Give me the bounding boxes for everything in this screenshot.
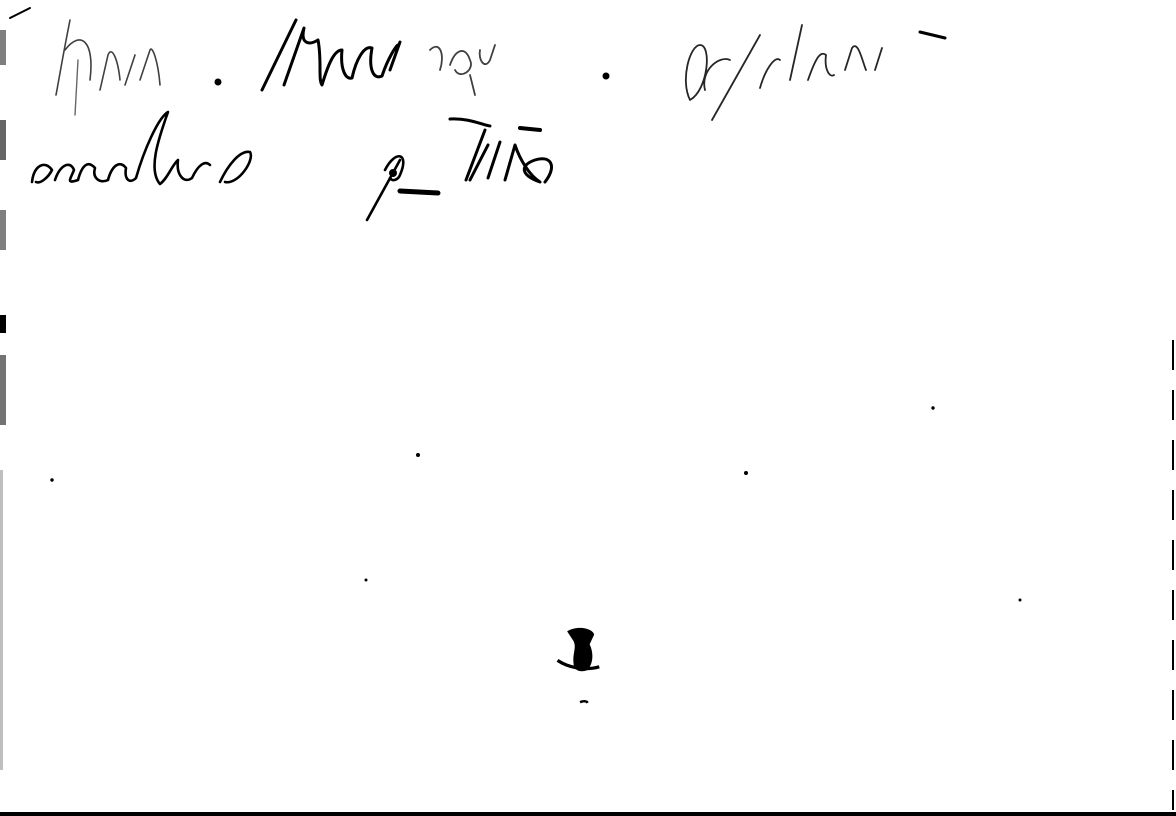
ink-blot	[540, 625, 620, 715]
scan-right-edge	[1172, 340, 1174, 810]
scanned-card: Юрий Никитич Ощепков записано р. Тимь	[0, 0, 1176, 816]
scan-bottom-edge	[0, 812, 1176, 816]
